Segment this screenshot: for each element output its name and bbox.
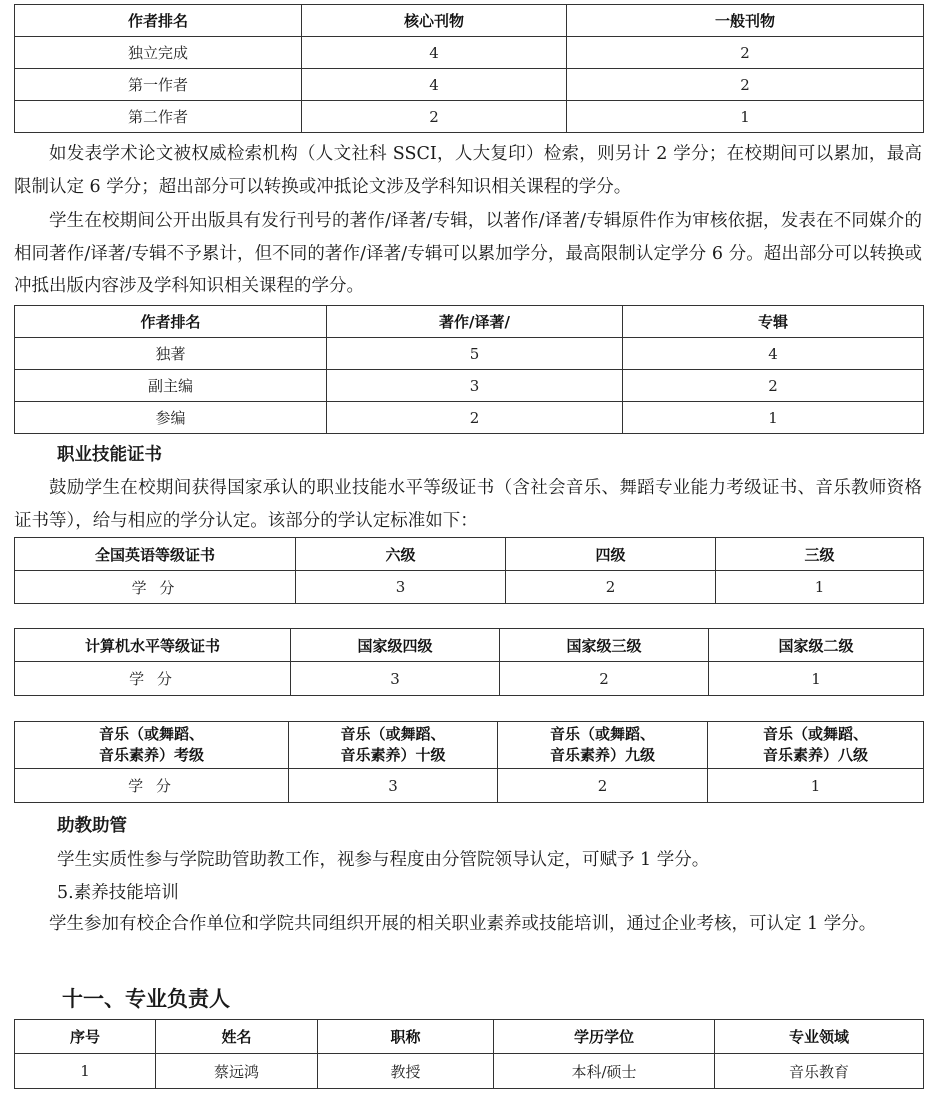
header-cet3: 三级	[716, 538, 924, 571]
cell-name: 蔡远鸿	[156, 1054, 318, 1089]
cell-title: 教授	[318, 1054, 494, 1089]
cell-index: 1	[15, 1054, 156, 1089]
cell-general: 1	[567, 101, 924, 133]
cell-works: 5	[327, 338, 623, 370]
assist-paragraph: 学生实质性参与学院助管助教工作，视参与程度由分管院领导认定，可赋予 1 学分。	[57, 846, 709, 871]
header-field: 专业领域	[715, 1020, 924, 1054]
cell-core: 4	[302, 69, 567, 101]
cell-value: 3	[296, 571, 506, 604]
cell-rank: 独著	[15, 338, 327, 370]
cell-album: 4	[623, 338, 924, 370]
training-paragraph: 学生参加有校企合作单位和学院共同组织开展的相关职业素养或技能培训，通过企业考核，…	[14, 908, 922, 941]
header-cet4: 四级	[506, 538, 716, 571]
header-author-rank: 作者排名	[15, 5, 302, 37]
cell-value: 2	[506, 571, 716, 604]
header-grade10: 音乐（或舞蹈、 音乐素养）十级	[289, 722, 498, 769]
header-level2: 国家级二级	[709, 629, 924, 662]
cell-degree: 本科/硕士	[494, 1054, 715, 1089]
leader-table: 序号 姓名 职称 学历学位 专业领域 1 蔡远鸿 教授 本科/硕士 音乐教育	[14, 1019, 924, 1089]
cell-album: 2	[623, 370, 924, 402]
cell-works: 3	[327, 370, 623, 402]
music-cert-table: 音乐（或舞蹈、 音乐素养）考级 音乐（或舞蹈、 音乐素养）十级 音乐（或舞蹈、 …	[14, 721, 924, 803]
ssci-paragraph: 如发表学术论文被权威检索机构（人文社科 SSCI，人大复印）检索，则另计 2 学…	[14, 138, 922, 203]
english-cert-table: 全国英语等级证书 六级 四级 三级 学 分 3 2 1	[14, 537, 924, 604]
cell-rank: 副主编	[15, 370, 327, 402]
table-row: 独立完成 4 2	[15, 37, 924, 69]
cell-credit-label: 学 分	[15, 571, 296, 604]
cert-paragraph: 鼓励学生在校期间获得国家承认的职业技能水平等级证书（含社会音乐、舞蹈专业能力考级…	[14, 472, 922, 537]
cell-rank: 参编	[15, 402, 327, 434]
cell-field: 音乐教育	[715, 1054, 924, 1089]
header-cet6: 六级	[296, 538, 506, 571]
cell-rank: 第二作者	[15, 101, 302, 133]
table-row: 副主编 3 2	[15, 370, 924, 402]
table-row: 学 分 3 2 1	[15, 662, 924, 696]
cell-credit-label: 学 分	[15, 662, 291, 696]
header-name: 姓名	[156, 1020, 318, 1054]
books-credit-table: 作者排名 著作/译著/ 专辑 独著 5 4 副主编 3 2 参编 2 1	[14, 305, 924, 434]
journal-credit-table: 作者排名 核心刊物 一般刊物 独立完成 4 2 第一作者 4 2 第二作者 2 …	[14, 4, 924, 133]
table-row: 参编 2 1	[15, 402, 924, 434]
header-english-cert: 全国英语等级证书	[15, 538, 296, 571]
header-works: 著作/译著/	[327, 306, 623, 338]
assist-heading: 助教助管	[57, 812, 127, 837]
cell-general: 2	[567, 37, 924, 69]
header-title: 职称	[318, 1020, 494, 1054]
table-row: 1 蔡远鸿 教授 本科/硕士 音乐教育	[15, 1054, 924, 1089]
header-computer-cert: 计算机水平等级证书	[15, 629, 291, 662]
cell-works: 2	[327, 402, 623, 434]
section-title: 十一、专业负责人	[62, 983, 230, 1013]
header-author-rank: 作者排名	[15, 306, 327, 338]
cell-value: 1	[709, 662, 924, 696]
computer-cert-table: 计算机水平等级证书 国家级四级 国家级三级 国家级二级 学 分 3 2 1	[14, 628, 924, 696]
cell-core: 2	[302, 101, 567, 133]
cell-value: 2	[498, 769, 708, 803]
header-degree: 学历学位	[494, 1020, 715, 1054]
cell-album: 1	[623, 402, 924, 434]
cell-value: 1	[708, 769, 924, 803]
header-core-journal: 核心刊物	[302, 5, 567, 37]
header-level4: 国家级四级	[291, 629, 500, 662]
header-level3: 国家级三级	[500, 629, 709, 662]
cell-value: 3	[291, 662, 500, 696]
header-grade9: 音乐（或舞蹈、 音乐素养）九级	[498, 722, 708, 769]
books-paragraph: 学生在校期间公开出版具有发行刊号的著作/译著/专辑，以著作/译著/专辑原件作为审…	[14, 205, 922, 303]
cell-value: 1	[716, 571, 924, 604]
header-general-journal: 一般刊物	[567, 5, 924, 37]
table-row: 学 分 3 2 1	[15, 571, 924, 604]
header-index: 序号	[15, 1020, 156, 1054]
header-grade8: 音乐（或舞蹈、 音乐素养）八级	[708, 722, 924, 769]
cell-value: 3	[289, 769, 498, 803]
cell-general: 2	[567, 69, 924, 101]
table-row: 第一作者 4 2	[15, 69, 924, 101]
table-row: 学 分 3 2 1	[15, 769, 924, 803]
cert-heading: 职业技能证书	[57, 441, 162, 466]
header-music-exam: 音乐（或舞蹈、 音乐素养）考级	[15, 722, 289, 769]
header-album: 专辑	[623, 306, 924, 338]
table-row: 第二作者 2 1	[15, 101, 924, 133]
table-row: 独著 5 4	[15, 338, 924, 370]
training-subheading: 5.素养技能培训	[57, 879, 179, 904]
cell-credit-label: 学 分	[15, 769, 289, 803]
cell-rank: 独立完成	[15, 37, 302, 69]
cell-core: 4	[302, 37, 567, 69]
cell-value: 2	[500, 662, 709, 696]
cell-rank: 第一作者	[15, 69, 302, 101]
